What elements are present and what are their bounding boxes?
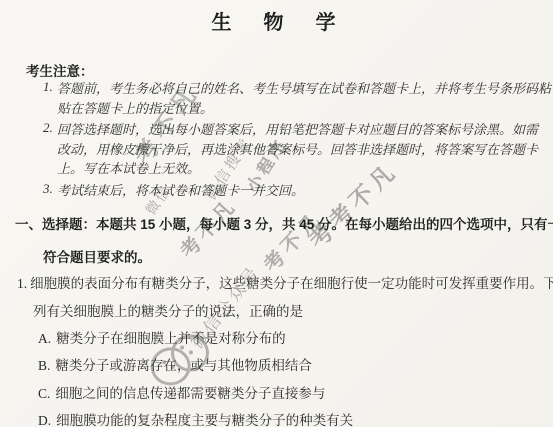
text-line: 上。写在本试卷上无效。 — [57, 159, 545, 179]
option-label: B. — [38, 358, 50, 373]
question-stem-line: 1.细胞膜的表面分布有糖类分子，这些糖类分子在细胞行使一定功能时可发挥重要作用。… — [17, 270, 553, 298]
section-header-line2: 符合题目要求的。 — [43, 246, 151, 266]
option-b: B.糖类分子或游离存在，或与其他物质相结合 — [38, 352, 353, 379]
notice-list: 1. 答题前，考生务必将自己的姓名、考生号填写在试卷和答题卡上，并将考生号条形码… — [43, 79, 545, 202]
option-list: A.糖类分子在细胞膜上并不是对称分布的 B.糖类分子或游离存在，或与其他物质相结… — [38, 325, 353, 427]
question-stem-text: 细胞膜的表面分布有糖类分子，这些糖类分子在细胞行使一定功能时可发挥重要作用。下 — [30, 276, 553, 291]
notice-item-3: 3. 考试结束后，将本试卷和答题卡一并交回。 — [43, 181, 545, 201]
notice-item-text: 考试结束后，将本试卷和答题卡一并交回。 — [57, 181, 545, 201]
option-text: 糖类分子或游离存在，或与其他物质相结合 — [55, 358, 312, 373]
question-number: 1. — [17, 276, 27, 291]
text-line: 考试结束后，将本试卷和答题卡一并交回。 — [57, 181, 545, 201]
text-line: 贴在答题卡上的指定位置。 — [57, 99, 545, 119]
notice-item-2: 2. 回答选择题时，选出每小题答案后，用铅笔把答题卡对应题目的答案标号涂黑。如需… — [43, 120, 545, 179]
option-d: D.细胞膜功能的复杂程度主要与糖类分子的种类有关 — [38, 407, 353, 427]
option-label: C. — [38, 386, 50, 401]
exam-paper-page: 考不凡微信搜索小程序考不凡考考不凡微信公众号考不凡微信 生 物 学 考生注意： … — [0, 0, 553, 427]
option-text: 细胞膜功能的复杂程度主要与糖类分子的种类有关 — [56, 413, 353, 427]
notice-item-number: 2. — [43, 120, 53, 136]
notice-item-text: 回答选择题时，选出每小题答案后，用铅笔把答题卡对应题目的答案标号涂黑。如需改动，… — [57, 120, 545, 179]
text-line: 回答选择题时，选出每小题答案后，用铅笔把答题卡对应题目的答案标号涂黑。如需 — [57, 120, 545, 140]
question-1: 1.细胞膜的表面分布有糖类分子，这些糖类分子在细胞行使一定功能时可发挥重要作用。… — [17, 270, 553, 326]
question-stem-line: 列有关细胞膜上的糖类分子的说法，正确的是 — [33, 298, 553, 326]
notice-item-1: 1. 答题前，考生务必将自己的姓名、考生号填写在试卷和答题卡上，并将考生号条形码… — [43, 79, 545, 118]
option-a: A.糖类分子在细胞膜上并不是对称分布的 — [38, 325, 353, 352]
text-line: 改动，用橡皮擦干净后，再选涂其他答案标号。回答非选择题时，将答案写在答题卡 — [57, 140, 545, 160]
notice-item-number: 1. — [43, 79, 53, 95]
option-label: A. — [38, 331, 51, 346]
notice-item-number: 3. — [43, 181, 53, 197]
text-line: 答题前，考生务必将自己的姓名、考生号填写在试卷和答题卡上，并将考生号条形码粘 — [57, 79, 545, 99]
notice-item-text: 答题前，考生务必将自己的姓名、考生号填写在试卷和答题卡上，并将考生号条形码粘贴在… — [57, 79, 545, 118]
paper-title: 生 物 学 — [0, 6, 553, 35]
notice-heading: 考生注意： — [26, 60, 94, 80]
section-header-line1: 一、选择题：本题共 15 小题，每小题 3 分，共 45 分。在每小题给出的四个… — [15, 213, 553, 233]
option-label: D. — [38, 413, 51, 427]
option-text: 糖类分子在细胞膜上并不是对称分布的 — [56, 331, 286, 346]
option-c: C.细胞之间的信息传递都需要糖类分子直接参与 — [38, 380, 353, 407]
option-text: 细胞之间的信息传递都需要糖类分子直接参与 — [55, 386, 325, 401]
